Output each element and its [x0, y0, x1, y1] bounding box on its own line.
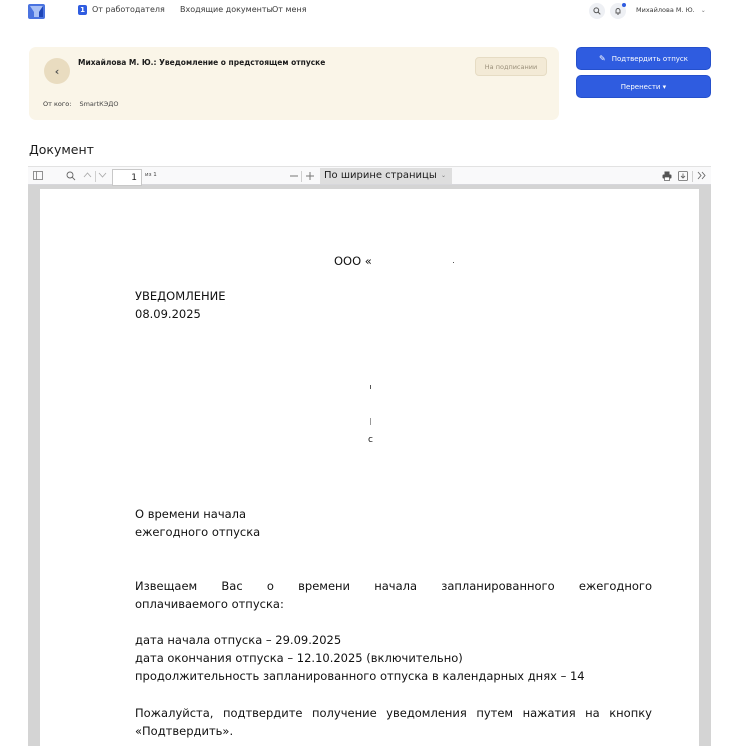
- doc-request-line-1: Пожалуйста, подтвердите получение уведом…: [135, 706, 652, 720]
- nav-from-employer[interactable]: 1От работодателя: [78, 5, 165, 15]
- search-button[interactable]: [589, 3, 605, 19]
- document-header-card: ‹ Михайлова М. Ю.: Уведомление о предсто…: [29, 47, 559, 120]
- doc-body-line-2: оплачиваемого отпуска:: [135, 597, 284, 611]
- toolbar-separator: [301, 171, 302, 182]
- doc-duration: продолжительность запланированного отпус…: [135, 669, 585, 683]
- zoom-out-icon[interactable]: [290, 175, 298, 177]
- doc-org-name: ООО «: [334, 254, 372, 268]
- page-number-input[interactable]: [112, 169, 142, 186]
- nav-count-badge: 1: [78, 5, 87, 15]
- sender-value: SmartКЭДО: [79, 100, 118, 108]
- toolbar-separator: [95, 171, 96, 182]
- bell-icon: [614, 7, 622, 15]
- redacted-mark: [453, 262, 454, 263]
- toolbar-separator: [692, 171, 693, 182]
- back-button[interactable]: ‹: [44, 58, 70, 84]
- sender-label: От кого:: [43, 100, 71, 108]
- search-icon: [593, 7, 601, 15]
- download-icon[interactable]: [678, 171, 688, 181]
- doc-start-date: дата начала отпуска – 29.09.2025: [135, 633, 341, 647]
- notifications-button[interactable]: [610, 3, 626, 19]
- zoom-value: По ширине страницы: [324, 170, 437, 181]
- doc-subject-line-2: ежегодного отпуска: [135, 525, 260, 539]
- status-badge: На подписании: [475, 57, 547, 76]
- nav-label: От работодателя: [92, 5, 165, 14]
- confirm-vacation-button[interactable]: ✎Подтвердить отпуск: [576, 47, 711, 70]
- user-menu[interactable]: Михайлова М. Ю.⌄: [636, 6, 706, 14]
- doc-date: 08.09.2025: [135, 307, 201, 321]
- doc-end-date: дата окончания отпуска – 12.10.2025 (вкл…: [135, 651, 463, 665]
- top-navigation-bar: 1От работодателя Входящие документы От м…: [0, 0, 734, 24]
- zoom-select[interactable]: По ширине страницы ⌄: [320, 168, 452, 184]
- chevron-down-icon: ⌄: [441, 168, 446, 184]
- pdf-toolbar: из 1 По ширине страницы ⌄: [28, 166, 711, 185]
- postpone-button[interactable]: Перенести ▾: [576, 75, 711, 98]
- redacted-mark: [370, 418, 371, 425]
- page-count: из 1: [145, 172, 157, 178]
- sidebar-toggle-icon[interactable]: [33, 171, 43, 180]
- confirm-vacation-label: Подтвердить отпуск: [612, 55, 688, 63]
- pdf-viewer: из 1 По ширине страницы ⌄ ООО « УВЕДОМЛЕ…: [28, 166, 711, 746]
- user-name: Михайлова М. Ю.: [636, 6, 695, 14]
- nav-from-me[interactable]: От меня: [272, 5, 307, 14]
- postpone-label: Перенести ▾: [621, 83, 666, 91]
- doc-request-line-2: «Подтвердить».: [135, 724, 233, 738]
- doc-heading: УВЕДОМЛЕНИЕ: [135, 289, 226, 303]
- nav-incoming-documents[interactable]: Входящие документы: [180, 5, 273, 14]
- pdf-page: ООО « УВЕДОМЛЕНИЕ 08.09.2025 c О времени…: [40, 189, 699, 746]
- chevron-down-icon: ⌄: [701, 7, 706, 14]
- pen-icon: ✎: [599, 54, 606, 63]
- previous-page-icon[interactable]: [83, 172, 92, 178]
- doc-subject-line-1: О времени начала: [135, 507, 246, 521]
- sender-info: От кого:SmartКЭДО: [43, 100, 118, 108]
- doc-body-line-1: Извещаем Вас о времени начала запланиров…: [135, 579, 652, 593]
- print-icon[interactable]: [662, 171, 672, 181]
- document-title: Михайлова М. Ю.: Уведомление о предстоящ…: [78, 58, 325, 67]
- section-title: Документ: [29, 142, 94, 157]
- redacted-mark: [370, 385, 371, 389]
- app-logo-icon[interactable]: [28, 4, 45, 19]
- redacted-mark: c: [368, 435, 373, 445]
- next-page-icon[interactable]: [98, 172, 107, 178]
- search-icon[interactable]: [66, 171, 76, 181]
- chevron-left-icon: ‹: [55, 65, 60, 78]
- tools-menu-icon[interactable]: [697, 171, 707, 180]
- notification-dot: [622, 3, 626, 7]
- zoom-in-icon[interactable]: [306, 172, 314, 180]
